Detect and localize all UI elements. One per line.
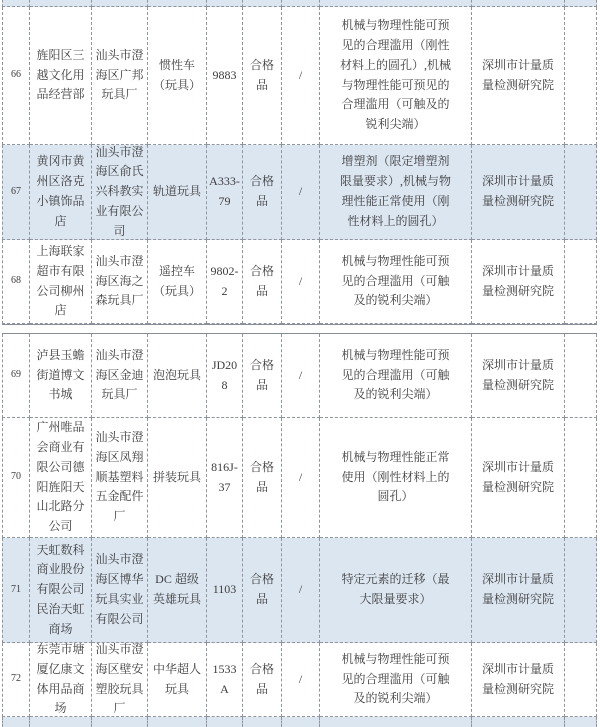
cell-remark: /	[282, 7, 320, 145]
cell-model: 1533A	[207, 643, 243, 717]
cell-serial-number: 67	[2, 145, 30, 240]
cell-empty	[92, 0, 148, 7]
cell-empty	[565, 334, 597, 418]
cell-empty	[565, 7, 597, 145]
cell-empty	[565, 418, 597, 538]
table-row: 68 上海联家超市有限公司柳州店 汕头市澄海区海之森玩具厂 遥控车（玩具） 98…	[2, 240, 597, 324]
cell-sampled-store: 黄冈市黄州区洛克小镇饰品店	[30, 145, 92, 240]
cell-empty	[565, 717, 597, 727]
table-section-upper: 66 旌阳区三越文化用品经营部 汕头市澄海区广邦玩具厂 惯性车（玩具） 9883…	[2, 7, 597, 325]
cell-remark: /	[282, 643, 320, 717]
table-row: 72 东莞市塘厦亿康文体用品商场 汕头市澄海区壁安塑胶玩具厂 中华超人玩具 15…	[2, 643, 597, 717]
cell-serial-number: 69	[2, 334, 30, 418]
cell-sampled-store: 广州唯品会商业有限公司德阳旌阳天山北路分公司	[30, 418, 92, 538]
inspection-results-page: 66 旌阳区三越文化用品经营部 汕头市澄海区广邦玩具厂 惯性车（玩具） 9883…	[0, 0, 600, 727]
cell-empty	[320, 717, 472, 727]
cell-quality-grade: 合格品	[243, 7, 282, 145]
cell-empty	[2, 717, 30, 727]
inspection-table: 66 旌阳区三越文化用品经营部 汕头市澄海区广邦玩具厂 惯性车（玩具） 9883…	[2, 0, 597, 727]
cell-inspection-agency: 深圳市计量质量检测研究院	[472, 145, 565, 240]
cell-serial-number: 70	[2, 418, 30, 538]
cell-model: JD208	[207, 334, 243, 418]
cell-remark: /	[282, 418, 320, 538]
partial-row-bottom	[2, 717, 597, 727]
table-section-lower: 69 泸县玉蟾街道博文书城 汕头市澄海区金迪玩具厂 泡泡玩具 JD208 合格品…	[2, 333, 597, 717]
table-row: 66 旌阳区三越文化用品经营部 汕头市澄海区广邦玩具厂 惯性车（玩具） 9883…	[2, 7, 597, 145]
cell-empty	[472, 717, 565, 727]
cell-producer: 汕头市澄海区广邦玩具厂	[92, 7, 148, 145]
cell-sampled-store: 天虹数科商业股份有限公司民治天虹商场	[30, 538, 92, 643]
cell-empty	[320, 0, 472, 7]
cell-test-items: 机械与物理性能正常使用（刚性材料上的圆孔）	[320, 418, 472, 538]
cell-producer: 汕头市澄海区俞氏兴科教实业有限公司	[92, 145, 148, 240]
cell-inspection-agency: 深圳市计量质量检测研究院	[472, 643, 565, 717]
cell-empty	[243, 717, 282, 727]
cell-inspection-agency: 深圳市计量质量检测研究院	[472, 334, 565, 418]
cell-test-items: 机械与物理性能可预见的合理滥用（可触及的锐利尖端）	[320, 240, 472, 324]
cell-product-name: 中华超人玩具	[148, 643, 207, 717]
cell-serial-number: 71	[2, 538, 30, 643]
cell-empty	[565, 538, 597, 643]
cell-empty	[2, 0, 30, 7]
cell-product-name: 遥控车（玩具）	[148, 240, 207, 324]
cell-quality-grade: 合格品	[243, 538, 282, 643]
cell-empty	[148, 717, 207, 727]
cell-model: A333-79	[207, 145, 243, 240]
cell-sampled-store: 泸县玉蟾街道博文书城	[30, 334, 92, 418]
cell-empty	[565, 643, 597, 717]
table-row: 69 泸县玉蟾街道博文书城 汕头市澄海区金迪玩具厂 泡泡玩具 JD208 合格品…	[2, 334, 597, 418]
cell-sampled-store: 上海联家超市有限公司柳州店	[30, 240, 92, 324]
cell-product-name: 轨道玩具	[148, 145, 207, 240]
cell-empty	[565, 240, 597, 324]
table-row: 70 广州唯品会商业有限公司德阳旌阳天山北路分公司 汕头市澄海区凤翔顺基塑料五金…	[2, 418, 597, 538]
cell-sampled-store: 东莞市塘厦亿康文体用品商场	[30, 643, 92, 717]
cell-quality-grade: 合格品	[243, 418, 282, 538]
cell-inspection-agency: 深圳市计量质量检测研究院	[472, 7, 565, 145]
cell-empty	[565, 145, 597, 240]
cell-test-items: 增塑剂（限定增塑剂限量要求）,机械与物理性能正常使用（刚性材料上的圆孔）	[320, 145, 472, 240]
cell-sampled-store: 旌阳区三越文化用品经营部	[30, 7, 92, 145]
cell-empty	[207, 717, 243, 727]
cell-serial-number: 68	[2, 240, 30, 324]
table-row: 67 黄冈市黄州区洛克小镇饰品店 汕头市澄海区俞氏兴科教实业有限公司 轨道玩具 …	[2, 145, 597, 240]
cell-remark: /	[282, 240, 320, 324]
cell-serial-number: 72	[2, 643, 30, 717]
cell-model: 9802-2	[207, 240, 243, 324]
cell-quality-grade: 合格品	[243, 240, 282, 324]
cell-product-name: 拼装玩具	[148, 418, 207, 538]
cell-empty	[565, 0, 597, 7]
partial-row-top	[2, 0, 597, 7]
cell-model: 816J-37	[207, 418, 243, 538]
cell-remark: /	[282, 538, 320, 643]
cell-empty	[92, 717, 148, 727]
cell-producer: 汕头市澄海区海之森玩具厂	[92, 240, 148, 324]
cell-test-items: 机械与物理性能可预见的合理滥用（刚性材料上的圆孔）,机械与物理性能可预见的合理滥…	[320, 7, 472, 145]
cell-test-items: 机械与物理性能可预见的合理滥用（可触及的锐利尖端）	[320, 643, 472, 717]
section-gap	[2, 325, 597, 333]
table-row: 71 天虹数科商业股份有限公司民治天虹商场 汕头市澄海区博华玩具实业有限公司 D…	[2, 538, 597, 643]
cell-producer: 汕头市澄海区凤翔顺基塑料五金配件厂	[92, 418, 148, 538]
cell-empty	[472, 0, 565, 7]
cell-serial-number: 66	[2, 7, 30, 145]
cell-empty	[30, 0, 92, 7]
cell-model: 9883	[207, 7, 243, 145]
cell-empty	[282, 0, 320, 7]
cell-product-name: DC 超级英雄玩具	[148, 538, 207, 643]
cell-test-items: 特定元素的迁移（最大限量要求）	[320, 538, 472, 643]
cell-remark: /	[282, 334, 320, 418]
cell-test-items: 机械与物理性能可预见的合理滥用（可触及的锐利尖端）	[320, 334, 472, 418]
cell-inspection-agency: 深圳市计量质量检测研究院	[472, 538, 565, 643]
cell-quality-grade: 合格品	[243, 643, 282, 717]
cell-quality-grade: 合格品	[243, 334, 282, 418]
cell-quality-grade: 合格品	[243, 145, 282, 240]
cell-inspection-agency: 深圳市计量质量检测研究院	[472, 240, 565, 324]
cell-empty	[148, 0, 207, 7]
cell-inspection-agency: 深圳市计量质量检测研究院	[472, 418, 565, 538]
cell-empty	[207, 0, 243, 7]
cell-model: 1103	[207, 538, 243, 643]
cell-remark: /	[282, 145, 320, 240]
cell-empty	[282, 717, 320, 727]
cell-producer: 汕头市澄海区博华玩具实业有限公司	[92, 538, 148, 643]
cell-empty	[30, 717, 92, 727]
cell-producer: 汕头市澄海区金迪玩具厂	[92, 334, 148, 418]
cell-product-name: 泡泡玩具	[148, 334, 207, 418]
cell-producer: 汕头市澄海区壁安塑胶玩具厂	[92, 643, 148, 717]
cell-product-name: 惯性车（玩具）	[148, 7, 207, 145]
cell-empty	[243, 0, 282, 7]
